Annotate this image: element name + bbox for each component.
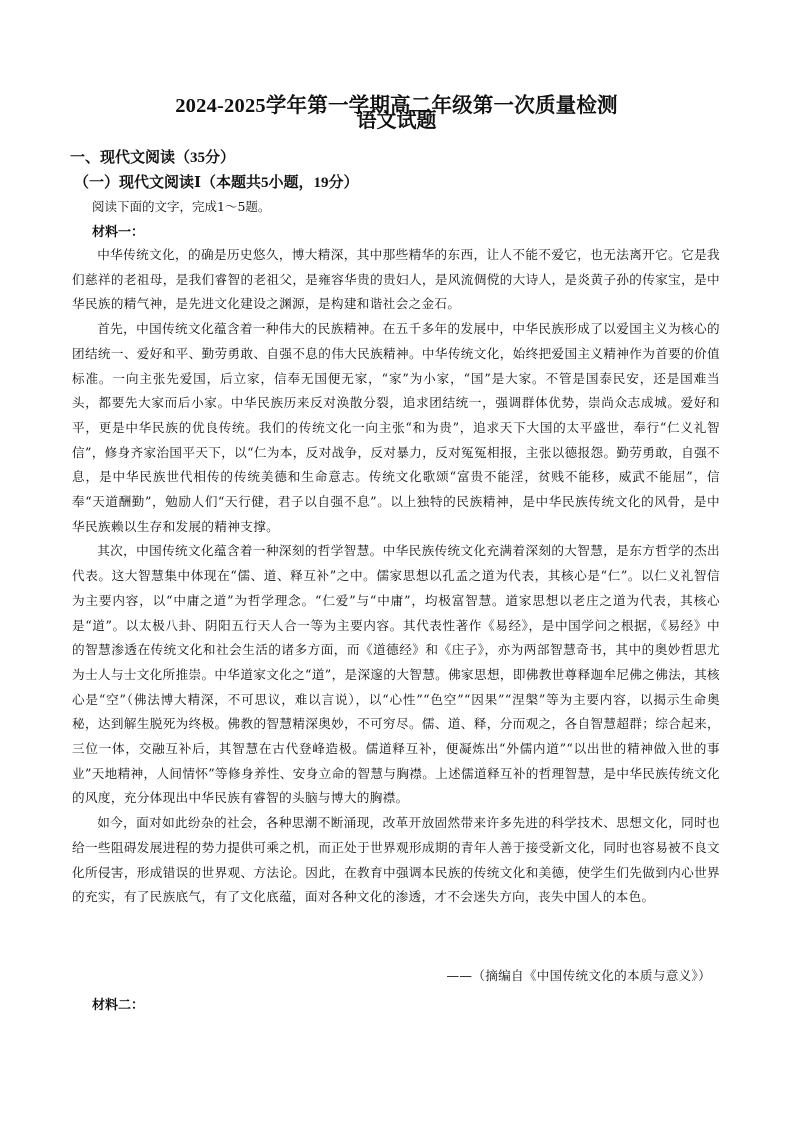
paragraph: 首先，中国传统文化蕴含着一种伟大的民族精神。在五千多年的发展中，中华民族形成了以… xyxy=(72,317,720,539)
material-two-label: 材料二： xyxy=(92,994,144,1013)
section-heading: 一、现代文阅读（35分） xyxy=(70,146,235,167)
material-one-body: 中华传统文化，的确是历史悠久，博大精深，其中那些精华的东西，让人不能不爱它，也无… xyxy=(72,243,720,910)
material-one-label: 材料一： xyxy=(92,221,144,240)
exam-page: 2024-2025学年第一学期高二年级第一次质量检测 语文试题 一、现代文阅读（… xyxy=(0,0,793,1122)
paragraph: 中华传统文化，的确是历史悠久，博大精深，其中那些精华的东西，让人不能不爱它，也无… xyxy=(72,243,720,317)
instruction-text: 阅读下面的文字，完成1～5题。 xyxy=(92,197,270,215)
paragraph: 其次，中国传统文化蕴含着一种深刻的哲学智慧。中华民族传统文化充满着深刻的大智慧，… xyxy=(72,539,720,811)
paragraph: 如今，面对如此纷杂的社会，各种思潮不断涌现，改革开放固然带来许多先进的科学技术、… xyxy=(72,811,720,910)
source-citation: ——（摘编自《中国传统文化的本质与意义》） xyxy=(447,965,711,984)
subsection-heading: （一）现代文阅读Ⅰ（本题共5小题，19分） xyxy=(74,171,359,192)
exam-subject-title: 语文试题 xyxy=(0,104,793,133)
